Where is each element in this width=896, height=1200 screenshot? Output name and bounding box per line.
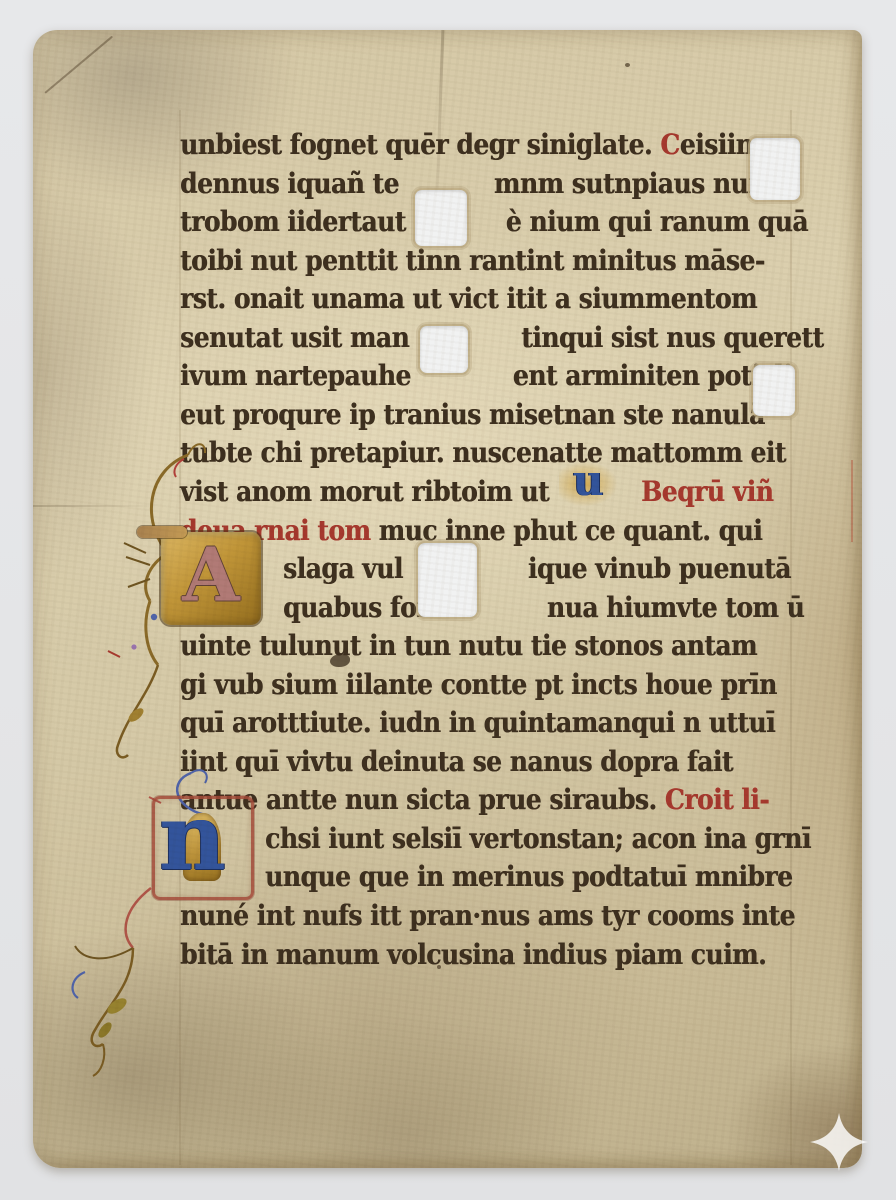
text-segment: quī arotttiute. iudn in quintamanqui n u… xyxy=(180,706,775,738)
crack-line xyxy=(44,36,113,94)
text-segment: è nium qui ranum quā xyxy=(506,205,808,237)
text-line: rst. onait unama ut vict itit a siumment… xyxy=(180,282,757,314)
text-line: toibi nut penttit tinn rantint minitus m… xyxy=(180,244,765,276)
cutout-hole xyxy=(418,543,477,617)
text-segment: ent arminiten potisli xyxy=(513,359,792,391)
text-segment: rst. onait unama ut vict itit a siumment… xyxy=(180,282,757,314)
text-segment: quabus for xyxy=(283,591,429,623)
text-line: quī arotttiute. iudn in quintamanqui n u… xyxy=(180,706,775,738)
text-line: chsi iunt selsiī vertonstan; acon ina gr… xyxy=(265,822,811,854)
text-segment: dennus iquañ te xyxy=(180,167,399,199)
text-segment: ivum nartepauhe xyxy=(180,359,411,391)
text-segment: tubte chi pretapiur. nuscenatte mattomm … xyxy=(180,436,786,468)
text-line: nuné int nufs itt pran·nus ams tyr cooms… xyxy=(180,899,795,931)
text-line: iint quī vivtu deinuta se nanus dopra fa… xyxy=(180,745,733,777)
red-ruling-trace xyxy=(851,460,853,542)
text-line: dennus iquañ temnm sutnpiaus nuñ xyxy=(180,167,766,199)
ink-speck xyxy=(625,63,630,67)
text-line: antue antte nun sicta prue siraubs. Croi… xyxy=(180,783,769,815)
lacuna-gap xyxy=(411,377,513,378)
text-line: unque que in merinus podtatuī mnibre xyxy=(265,860,792,892)
text-line: senutat usit mantinqui sist nus querett xyxy=(180,321,824,353)
text-segment: nuné int nufs itt pran·nus ams tyr cooms… xyxy=(180,899,795,931)
text-segment: eut proqure ip tranius misetnan ste nanu… xyxy=(180,398,765,430)
text-line: unbiest fognet quēr degr siniglate. Ceis… xyxy=(180,128,753,160)
crease-line xyxy=(33,505,158,507)
text-segment: ique vinub puenutā xyxy=(528,552,791,584)
text-segment: vist anom morut ribtoim ut xyxy=(180,475,549,507)
ruling-line-right xyxy=(790,110,792,1165)
text-segment: slaga vul xyxy=(283,552,403,584)
cutout-hole xyxy=(753,365,795,416)
text-segment: eisiin xyxy=(680,128,754,160)
text-segment: tinqui sist nus querett xyxy=(521,321,823,353)
margin-flourish-lower xyxy=(63,880,188,1080)
text-line: uinte tulunut in tun nutu tie stonos ant… xyxy=(180,629,757,661)
text-segment: C xyxy=(660,128,679,160)
text-line: tubte chi pretapiur. nuscenatte mattomm … xyxy=(180,436,786,468)
text-segment: mnm sutnpiaus nuñ xyxy=(494,167,766,199)
text-segment: unbiest fognet quēr degr siniglate. xyxy=(180,128,660,160)
text-line: ivum nartepauheent arminiten potisli xyxy=(180,359,792,391)
text-segment: Croit li- xyxy=(665,783,769,815)
initial-letter: n xyxy=(159,783,226,891)
illuminated-initial-A: A xyxy=(161,532,261,625)
cutout-hole xyxy=(750,138,800,200)
text-segment: uinte tulunut in tun nutu tie stonos ant… xyxy=(180,629,757,661)
text-line: quabus fornua hiumvte tom ū xyxy=(283,591,804,623)
illuminated-versal: u xyxy=(559,462,617,506)
text-segment: bitā in manum volcusina indius piam cuim… xyxy=(180,938,766,970)
text-segment: toibi nut penttit tinn rantint minitus m… xyxy=(180,244,765,276)
text-segment: trobom iidertaut xyxy=(180,205,406,237)
text-line: gi vub sium iilante contte pt incts houe… xyxy=(180,668,777,700)
text-line: slaga vulique vinub puenutā xyxy=(283,552,791,584)
text-segment: Beqrū viñ xyxy=(641,475,773,507)
initial-extension-bar xyxy=(137,526,187,538)
illuminated-initial-N: n xyxy=(152,796,254,900)
text-line: deua rnai tom muc inne phut ce quant. qu… xyxy=(180,514,762,546)
photo-background: unbiest fognet quēr degr siniglate. Ceis… xyxy=(0,0,896,1200)
text-line: trobom iidertautè nium qui ranum quā xyxy=(180,205,808,237)
text-segment: iint quī vivtu deinuta se nanus dopra fa… xyxy=(180,745,733,777)
text-segment: senutat usit man xyxy=(180,321,409,353)
text-segment: muc inne phut ce quant. qui xyxy=(379,514,763,546)
lacuna-gap xyxy=(399,184,494,185)
sparkle-icon xyxy=(810,1113,868,1171)
text-segment: unque que in merinus podtatuī mnibre xyxy=(265,860,792,892)
initial-letter: A xyxy=(182,532,239,618)
text-line: bitā in manum volcusina indius piam cuim… xyxy=(180,938,766,970)
text-segment: nua hiumvte tom ū xyxy=(547,591,804,623)
text-line: vist anom morut ribtoim utBeqrū viñ xyxy=(180,475,773,507)
cutout-hole xyxy=(420,326,468,373)
initial-letter: u xyxy=(573,456,604,505)
text-line: eut proqure ip tranius misetnan ste nanu… xyxy=(180,398,765,430)
text-segment: chsi iunt selsiī vertonstan; acon ina gr… xyxy=(265,822,811,854)
text-segment: gi vub sium iilante contte pt incts houe… xyxy=(180,668,777,700)
manuscript-leaf: unbiest fognet quēr degr siniglate. Ceis… xyxy=(33,30,862,1168)
cutout-hole xyxy=(415,190,467,246)
